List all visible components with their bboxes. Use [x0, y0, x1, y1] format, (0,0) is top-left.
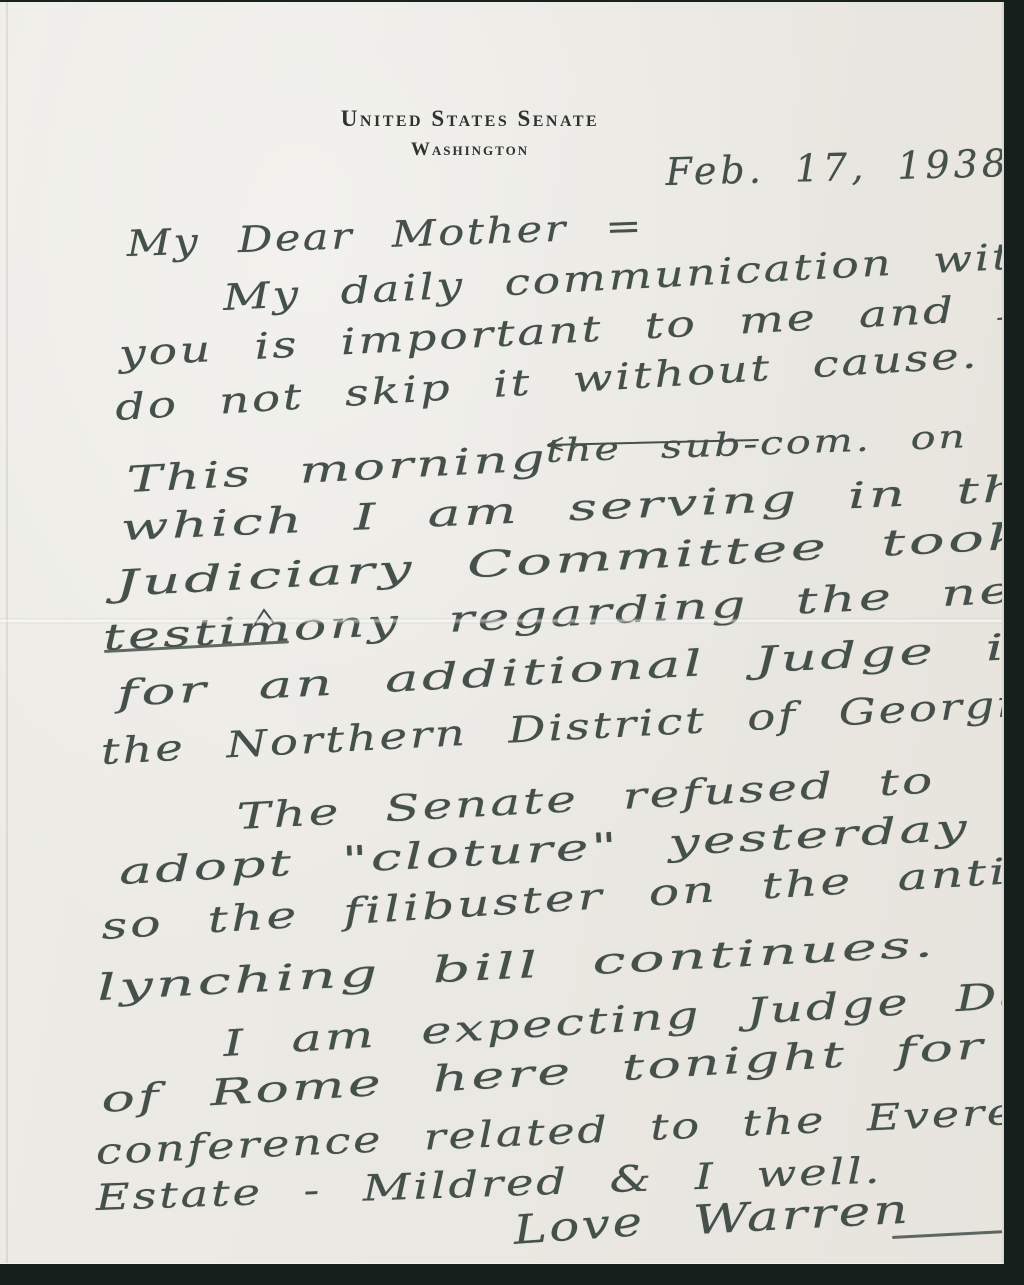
letter-paper: United States Senate Washington Feb. 17,…	[0, 2, 1004, 1266]
letterhead-org-name: United States Senate	[0, 106, 940, 132]
insertion-arrow-icon	[536, 432, 766, 454]
scan-mat-bottom	[0, 1264, 1024, 1285]
letter-date: Feb. 17, 1938.	[665, 141, 1004, 194]
scanned-letter: United States Senate Washington Feb. 17,…	[0, 0, 1024, 1285]
fold-crease	[0, 618, 1002, 624]
scan-mat-right	[1004, 0, 1024, 1285]
closing-word: Love	[512, 1199, 646, 1254]
salutation: My Dear Mother =	[126, 206, 645, 265]
paper-edge-line	[6, 2, 8, 1263]
